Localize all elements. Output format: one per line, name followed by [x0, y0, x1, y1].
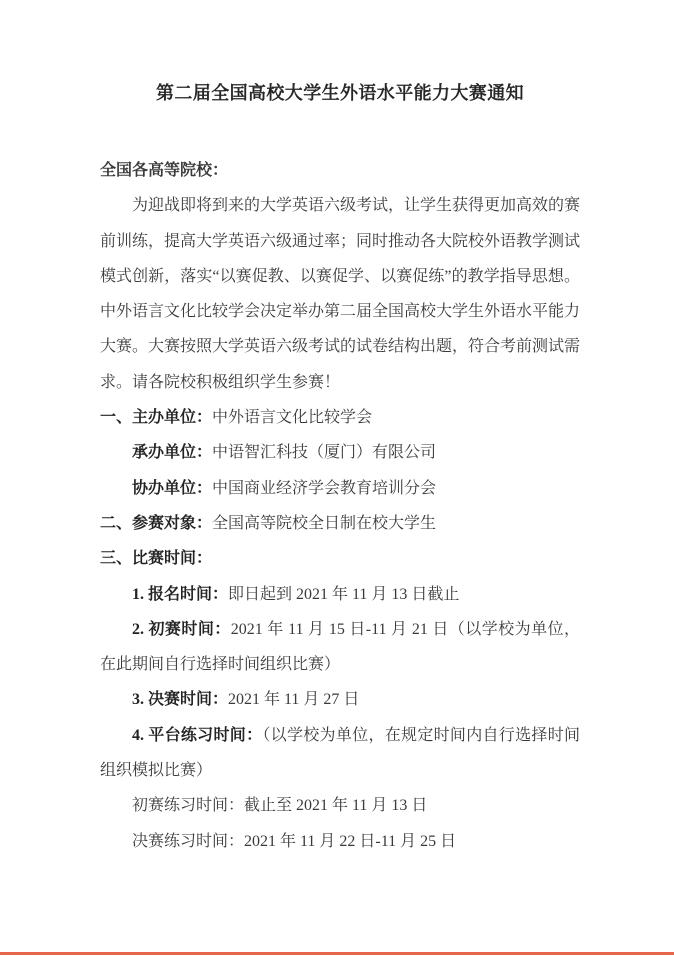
line-schedule-heading: 三、比赛时间：: [100, 541, 580, 576]
participants-label: 二、参赛对象：: [100, 515, 212, 532]
co-organizer-label: 协办单位：: [132, 480, 212, 497]
line-registration-time: 1. 报名时间：即日起到 2021 年 11 月 13 日截止: [100, 577, 580, 612]
final-practice-value: 决赛练习时间：2021 年 11 月 22 日-11 月 25 日: [132, 833, 456, 850]
registration-time-value: 即日起到 2021 年 11 月 13 日截止: [228, 586, 459, 603]
platform-practice-label: 4. 平台练习时间：: [132, 727, 262, 744]
registration-time-label: 1. 报名时间：: [132, 586, 228, 603]
preliminary-practice-value: 初赛练习时间：截止至 2021 年 11 月 13 日: [132, 797, 427, 814]
co-organizer-value: 中国商业经济学会教育培训分会: [212, 480, 436, 497]
line-host-org: 一、主办单位：中外语言文化比较学会: [100, 400, 580, 435]
intro-paragraph: 为迎战即将到来的大学英语六级考试，让学生获得更加高效的赛前训练，提高大学英语六级…: [100, 188, 580, 400]
document-content: 第二届全国高校大学生外语水平能力大赛通知 全国各高等院校： 为迎战即将到来的大学…: [0, 0, 674, 859]
salutation-line: 全国各高等院校：: [100, 153, 580, 188]
undertaker-org-label: 承办单位：: [132, 444, 212, 461]
schedule-heading-label: 三、比赛时间：: [100, 550, 212, 567]
host-org-label: 一、主办单位：: [100, 409, 212, 426]
final-time-label: 3. 决赛时间：: [132, 691, 228, 708]
line-undertaker-org: 承办单位：中语智汇科技（厦门）有限公司: [100, 435, 580, 470]
preliminary-time-label: 2. 初赛时间：: [132, 621, 231, 638]
undertaker-org-value: 中语智汇科技（厦门）有限公司: [212, 444, 436, 461]
host-org-value: 中外语言文化比较学会: [212, 409, 372, 426]
line-participants: 二、参赛对象：全国高等院校全日制在校大学生: [100, 506, 580, 541]
participants-value: 全国高等院校全日制在校大学生: [212, 515, 436, 532]
document-page: 第二届全国高校大学生外语水平能力大赛通知 全国各高等院校： 为迎战即将到来的大学…: [0, 0, 674, 956]
line-co-organizer: 协办单位：中国商业经济学会教育培训分会: [100, 471, 580, 506]
final-time-value: 2021 年 11 月 27 日: [228, 691, 359, 708]
line-final-practice-time: 决赛练习时间：2021 年 11 月 22 日-11 月 25 日: [100, 824, 580, 859]
document-body: 全国各高等院校： 为迎战即将到来的大学英语六级考试，让学生获得更加高效的赛前训练…: [100, 153, 580, 859]
line-preliminary-practice-time: 初赛练习时间：截止至 2021 年 11 月 13 日: [100, 788, 580, 823]
footer-rule: [0, 952, 674, 955]
line-preliminary-time: 2. 初赛时间：2021 年 11 月 15 日-11 月 21 日（以学校为单…: [100, 612, 580, 683]
document-title: 第二届全国高校大学生外语水平能力大赛通知: [100, 80, 580, 106]
line-platform-practice-time: 4. 平台练习时间：（以学校为单位，在规定时间内自行选择时间组织模拟比赛）: [100, 718, 580, 789]
line-final-time: 3. 决赛时间：2021 年 11 月 27 日: [100, 682, 580, 717]
